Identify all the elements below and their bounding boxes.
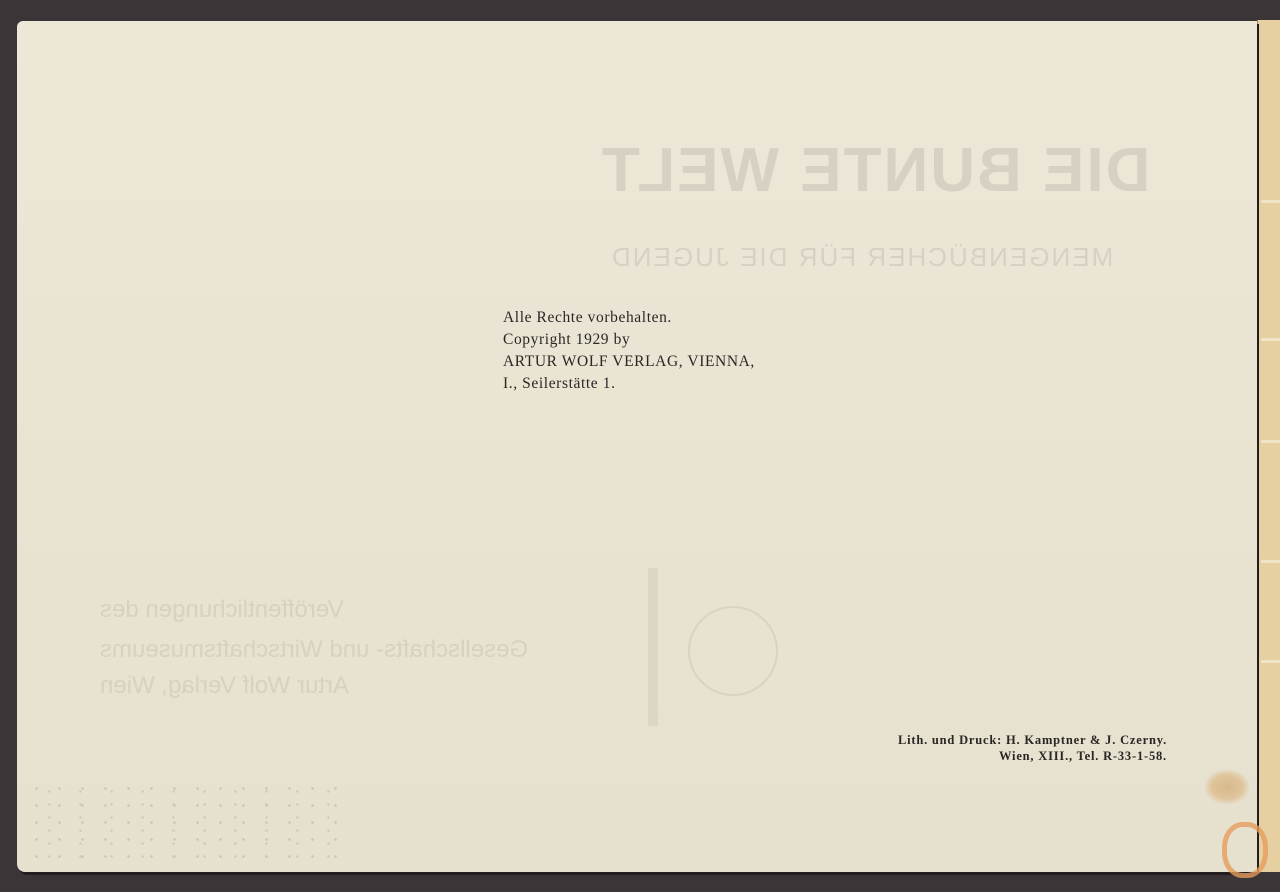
publisher-name-line: ARTUR WOLF VERLAG, VIENNA, (503, 351, 755, 373)
publisher-address-line: I., Seilerstätte 1. (503, 373, 755, 395)
copyright-notice: Alle Rechte vorbehalten. Copyright 1929 … (503, 307, 755, 395)
printer-imprint: Lith. und Druck: H. Kamptner & J. Czerny… (898, 732, 1167, 764)
rust-stain (1222, 822, 1268, 878)
copyright-year-line: Copyright 1929 by (503, 329, 755, 351)
show-through-logo-icon (688, 606, 778, 696)
spine-mark (1261, 440, 1280, 443)
printer-address-line: Wien, XIII., Tel. R-33-1-58. (898, 748, 1167, 764)
paper-foxing (25, 780, 345, 865)
rights-reserved-line: Alle Rechte vorbehalten. (503, 307, 755, 329)
book-spine-edge (1257, 20, 1280, 872)
spine-mark (1261, 560, 1280, 563)
spine-mark (1261, 660, 1280, 663)
spine-mark (1261, 338, 1280, 341)
printer-name-line: Lith. und Druck: H. Kamptner & J. Czerny… (898, 732, 1167, 748)
show-through-rule (648, 568, 658, 726)
spine-mark (1261, 200, 1280, 203)
paper-stain (1205, 770, 1249, 804)
